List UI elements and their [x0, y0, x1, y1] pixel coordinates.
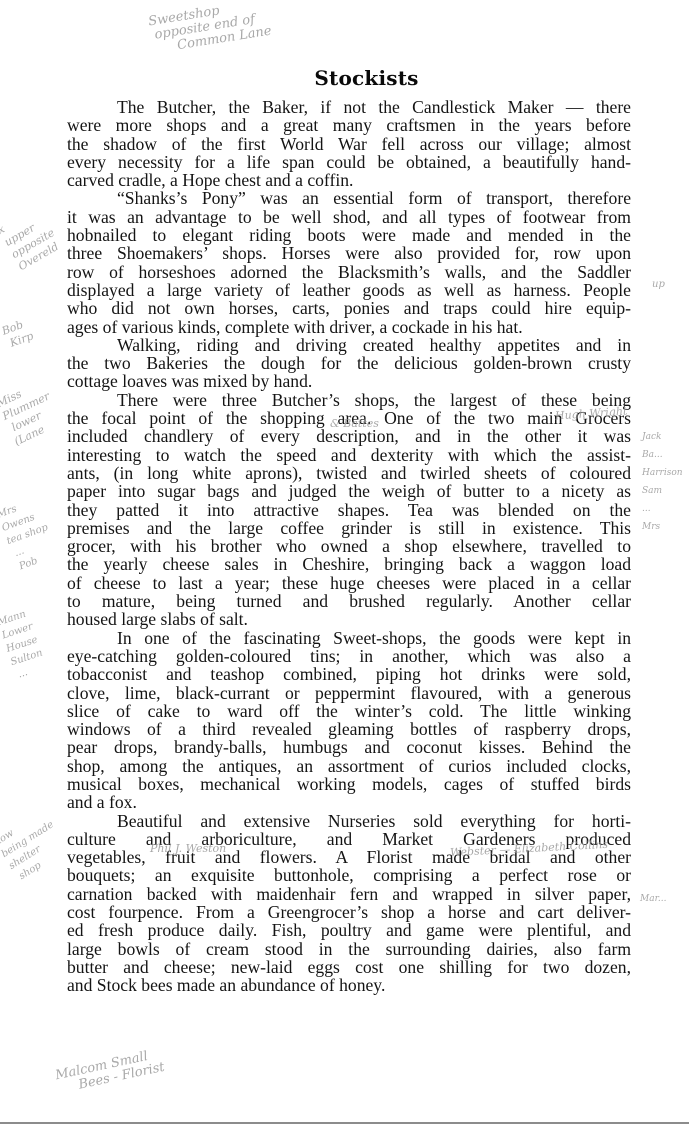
text-line: the two Bakeries the dough for the delic… — [67, 354, 631, 372]
text-line: of cheese to last a year; these huge che… — [67, 574, 631, 592]
text-line: “Shanks’s Pony” was an essential form of… — [67, 189, 631, 207]
text-line: and Stock bees made an abundance of hone… — [67, 976, 631, 994]
handwritten-note-bottom: Malcom Small Bees - Florist — [54, 1047, 166, 1097]
handwritten-note-right-mar: Mar... — [640, 892, 666, 906]
text-line: large bowls of cream stood in the surrou… — [67, 940, 631, 958]
handwritten-note-left-upper: x upper opposite Overeld — [0, 202, 64, 274]
text-line: ed fresh produce daily. Fish, poultry an… — [67, 921, 631, 939]
text-line: grocer, with his brother who owned a sho… — [67, 537, 631, 555]
text-line: and a fox. — [67, 793, 631, 811]
text-line: ants, (in long white aprons), twisted an… — [67, 464, 631, 482]
text-line: eye-catching golden-coloured tins; in an… — [67, 647, 631, 665]
handwritten-note-left-mann: Mann Lower House Sulton ... — [0, 607, 49, 684]
text-line: pear drops, brandy-balls, humbugs and co… — [67, 738, 631, 756]
text-line: housed large slabs of salt. — [67, 610, 631, 628]
text-line: shop, among the antiques, an assortment … — [67, 757, 631, 775]
text-line: premises and the large coffee grinder is… — [67, 519, 631, 537]
text-line: who did not own horses, carts, ponies an… — [67, 299, 631, 317]
handwritten-note-left-now: now being made shelter shop — [0, 807, 72, 886]
text-line: slice of cake to ward off the winter’s c… — [67, 702, 631, 720]
text-line: to mature, being turned and brushed regu… — [67, 592, 631, 610]
text-line: Beautiful and extensive Nurseries sold e… — [67, 812, 631, 830]
page-title: Stockists — [0, 66, 689, 90]
text-line: musical boxes, mechanical working models… — [67, 775, 631, 793]
handwritten-note-left-bob: Bob Kirp — [0, 316, 35, 352]
body-text: The Butcher, the Baker, if not the Candl… — [67, 98, 631, 995]
handwritten-note-right-col: Jack Ba... Harrison Sam ... Mrs — [642, 428, 683, 536]
text-line: every necessity for a life span could be… — [67, 153, 631, 171]
text-line: There were three Butcher’s shops, the la… — [67, 391, 631, 409]
text-line: butter and cheese; new-laid eggs cost on… — [67, 958, 631, 976]
handwritten-note-left-miss: Miss Plummer lower (Lane — [0, 377, 64, 449]
text-line: row of horseshoes adorned the Blacksmith… — [67, 263, 631, 281]
text-line: they patted it into attractive shapes. T… — [67, 501, 631, 519]
text-line: three Shoemakers’ shops. Horses were als… — [67, 244, 631, 262]
text-line: displayed a large variety of leather goo… — [67, 281, 631, 299]
text-line: ages of various kinds, complete with dri… — [67, 318, 631, 336]
handwritten-note-right-up: up — [652, 278, 665, 292]
text-line: carnation backed with maidenhair fern an… — [67, 885, 631, 903]
document-page: Sweetshop opposite end of Common Lane St… — [0, 0, 689, 1126]
text-line: cottage loaves was mixed by hand. — [67, 372, 631, 390]
handwritten-note-left-owens: Mrs Owens tea shop ... Pob — [0, 495, 60, 576]
text-line: clove, lime, black-currant or peppermint… — [67, 684, 631, 702]
text-line: In one of the fascinating Sweet-shops, t… — [67, 629, 631, 647]
text-line: carved cradle, a Hope chest and a coffin… — [67, 171, 631, 189]
handwritten-note-fox: Phil J. Weston — [150, 842, 226, 856]
text-line: cost fourpence. From a Greengrocer’s sho… — [67, 903, 631, 921]
text-line: the yearly cheese sales in Cheshire, bri… — [67, 555, 631, 573]
text-line: tobacconist and teashop combined, piping… — [67, 665, 631, 683]
text-line: hobnailed to elegant riding boots were m… — [67, 226, 631, 244]
text-line: The Butcher, the Baker, if not the Candl… — [67, 98, 631, 116]
text-line: were more shops and a great many craftsm… — [67, 116, 631, 134]
text-line: interesting to watch the speed and dexte… — [67, 446, 631, 464]
text-line: windows of a third revealed gleaming bot… — [67, 720, 631, 738]
text-line: the shadow of the first World War fell a… — [67, 135, 631, 153]
page-edge — [0, 1122, 689, 1124]
handwritten-note-top: Sweetshop opposite end of Common Lane — [147, 0, 272, 57]
text-line: bouquets; an exquisite buttonhole, compr… — [67, 866, 631, 884]
text-line: Walking, riding and driving created heal… — [67, 336, 631, 354]
text-line: it was an advantage to be well shod, and… — [67, 208, 631, 226]
text-line: paper into sugar bags and judged the wei… — [67, 482, 631, 500]
handwritten-note-mid: & Battes — [330, 417, 379, 431]
